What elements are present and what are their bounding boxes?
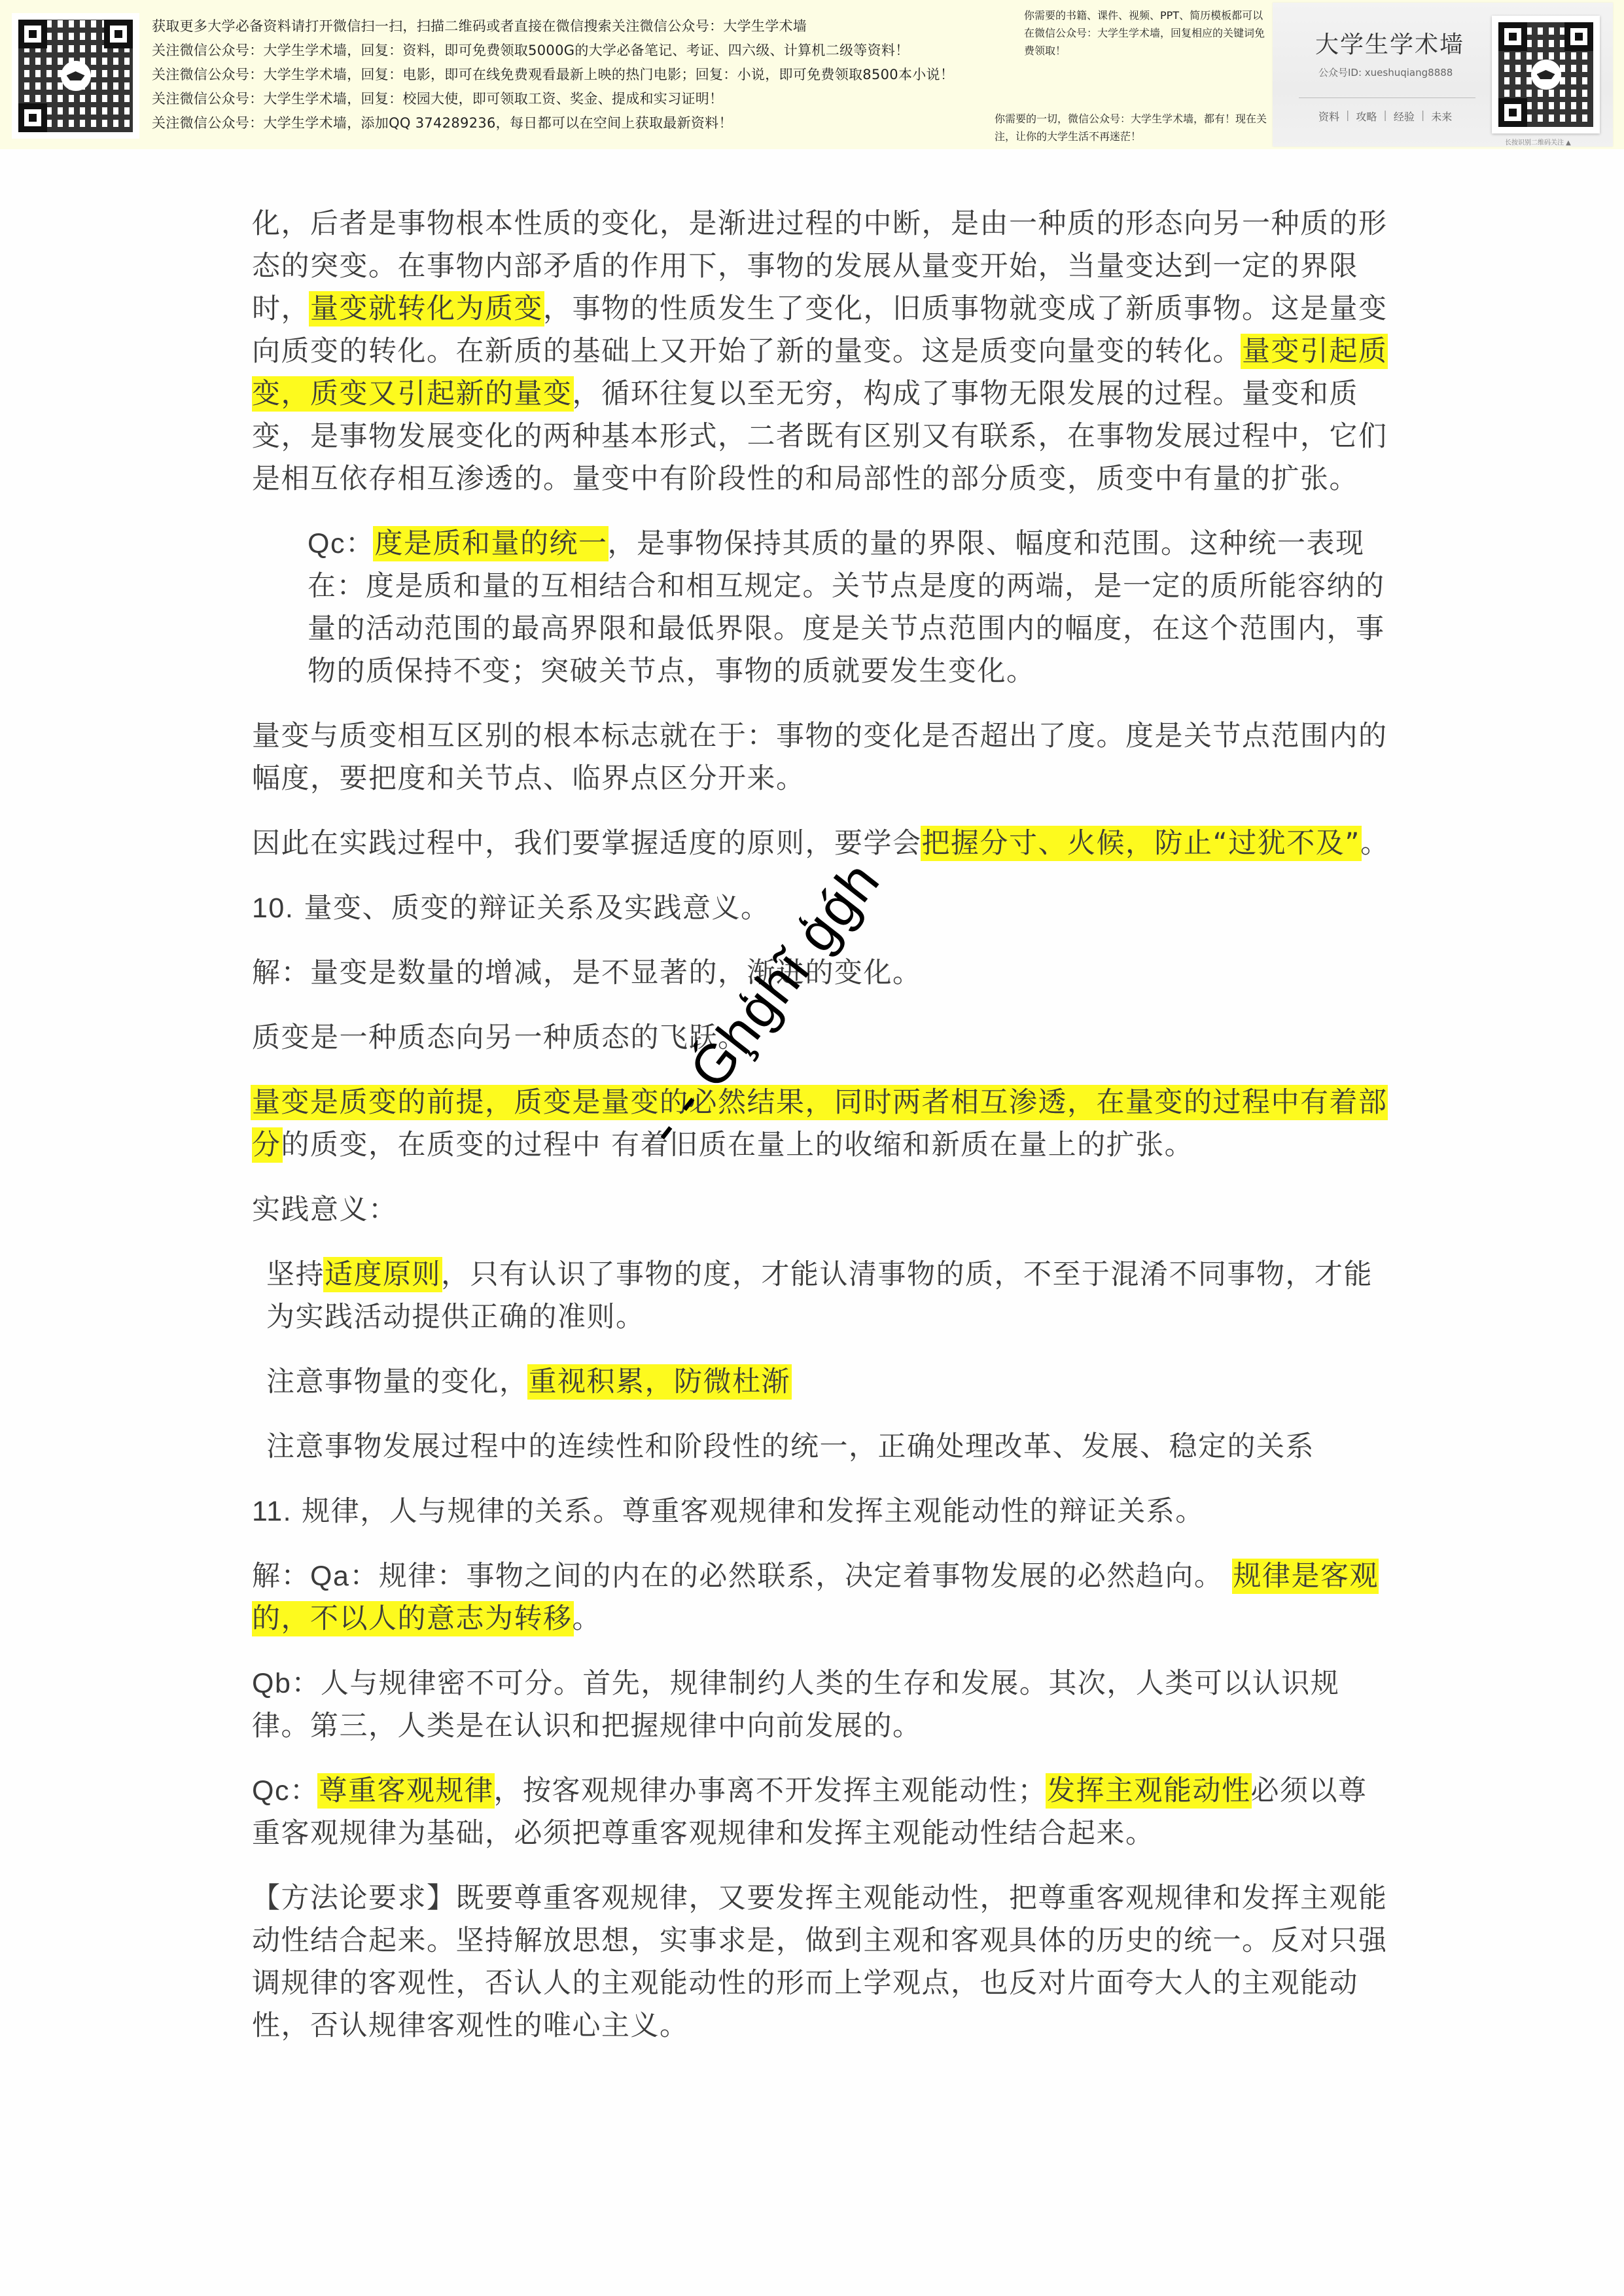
paragraph-practice-principle: 因此在实践过程中，我们要掌握适度的原则，要学会把握分寸、火候，防止“过犹不及”。 <box>252 822 1390 865</box>
highlight: 把握分寸、火候，防止“过犹不及” <box>922 827 1361 860</box>
promo-line: 获取更多大学必备资料请打开微信扫一扫，扫描二维码或者直接在微信搜索关注微信公众号… <box>152 14 1015 39</box>
separator: | <box>1421 109 1424 124</box>
qr-finder-icon <box>104 20 133 48</box>
qr-code-right[interactable] <box>1492 16 1600 133</box>
text: ，按客观规律办事离不开发挥主观能动性； <box>493 1775 1047 1807</box>
highlight: 度是质和量的统一 <box>374 527 607 560</box>
document-body: 化，后者是事物根本性质的变化，是渐进过程的中断，是由一种质的形态向另一种质的形态… <box>252 203 1390 2047</box>
methodology-requirement: 【方法论要求】既要尊重客观规律，又要发挥主观能动性，把尊重客观规律和发挥主观能动… <box>252 1877 1390 2047</box>
paragraph-distinction: 量变与质变相互区别的根本标志就在于：事物的变化是否超出了度。度是关节点范围内的幅… <box>252 715 1390 800</box>
practice-label: 实践意义： <box>252 1189 1390 1231</box>
answer-10-qualitative: 质变是一种质态向另一种质态的飞跃。 <box>252 1017 1390 1059</box>
text: 因此在实践过程中，我们要掌握适度的原则，要学会 <box>252 827 922 860</box>
qr-caption: 长按识别二维码关注 ▲ <box>1505 137 1571 147</box>
promo-banner: 获取更多大学必备资料请打开微信扫一扫，扫描二维码或者直接在微信搜索关注微信公众号… <box>0 0 1624 149</box>
highlight: 量变就转化为质变 <box>310 292 543 325</box>
paragraph-degree: Qc：度是质和量的统一，是事物保持其质的量的界限、幅度和范围。这种统一表现在：度… <box>252 523 1390 693</box>
methodology-label: 【方法论要求】 <box>252 1882 456 1915</box>
separator: | <box>1346 109 1349 124</box>
label-qc: Qc： <box>308 528 374 559</box>
brand-nav-item: 经验 <box>1394 109 1415 124</box>
answer-11-qa: 解：Qa：规律：事物之间的内在的必然联系，决定着事物发展的必然趋向。 规律是客观… <box>252 1555 1390 1640</box>
brand-account-id: 公众号ID: xueshuqiang8888 <box>1318 65 1453 79</box>
promo-line: 关注微信公众号：大学生学术墙，回复：校园大使，即可领取工资、奖金、提成和实习证明… <box>152 87 1015 111</box>
highlight: 适度原则 <box>325 1258 441 1291</box>
brand-nav-item: 资料 <box>1318 109 1339 124</box>
qr-finder-icon <box>1564 22 1593 51</box>
label-qb: Qb： <box>252 1668 321 1699</box>
practice-point-2: 注意事物量的变化，重视积累，防微杜渐 <box>252 1361 1390 1404</box>
label-qa: 解：Qa： <box>252 1561 379 1592</box>
answer-11-qb: Qb：人与规律密不可分。首先，规律制约人类的生存和发展。其次，人类可以认识规律。… <box>252 1663 1390 1748</box>
highlight: 发挥主观能动性 <box>1047 1775 1251 1807</box>
separator: | <box>1383 109 1386 124</box>
highlight: 重视积累，防微杜渐 <box>529 1366 791 1398</box>
qr-finder-icon <box>1498 98 1527 127</box>
question-title: 量变、质变的辩证关系及实践意义。 <box>304 892 769 925</box>
text: 的质变，在质变的过程中 有着旧质在量上的收缩和新质在量上的扩张。 <box>281 1129 1194 1161</box>
promo-line: 关注微信公众号：大学生学术墙，添加QQ 374289236，每日都可以在空间上获… <box>152 111 1015 135</box>
text: 。 <box>573 1602 602 1635</box>
paragraph-quantitative-qualitative: 化，后者是事物根本性质的变化，是渐进过程的中断，是由一种质的形态向另一种质的形态… <box>252 203 1390 501</box>
brand-nav-item: 未来 <box>1431 109 1452 124</box>
question-title: 规律，人与规律的关系。尊重客观规律和发挥主观能动性的辩证关系。 <box>302 1495 1205 1528</box>
promo-note-bottom: 你需要的一切，微信公众号：大学生学术墙，都有！现在关注，让你的大学生活不再迷茫！ <box>995 110 1276 145</box>
answer-10-relationship: 量变是质变的前提，质变是量变的必然结果，同时两者相互渗透，在量变的过程中有着部分… <box>252 1082 1390 1167</box>
text: 注意事物量的变化， <box>266 1366 529 1398</box>
question-number: 11. <box>252 1496 292 1527</box>
text: 坚持 <box>266 1258 325 1291</box>
graduation-cap-icon <box>1531 60 1561 90</box>
brand-card: 大学生学术墙 公众号ID: xueshuqiang8888 资料 | 攻略 | … <box>1273 3 1613 147</box>
promo-text-lines: 获取更多大学必备资料请打开微信扫一扫，扫描二维码或者直接在微信搜索关注微信公众号… <box>152 14 1015 135</box>
promo-line: 关注微信公众号：大学生学术墙，回复：资料，即可免费领取5000G的大学必备笔记、… <box>152 39 1015 63</box>
graduation-cap-icon <box>61 61 91 91</box>
brand-nav-item: 攻略 <box>1356 109 1377 124</box>
divider <box>1299 97 1475 98</box>
highlight: 尊重客观规律 <box>319 1775 493 1807</box>
text: 。 <box>1360 827 1390 860</box>
label-qc: Qc： <box>252 1775 319 1807</box>
practice-point-3: 注意事物发展过程中的连续性和阶段性的统一，正确处理改革、发展、稳定的关系 <box>252 1426 1390 1468</box>
text: 人与规律密不可分。首先，规律制约人类的生存和发展。其次，人类可以认识规律。第三，… <box>252 1667 1339 1742</box>
promo-line: 关注微信公众号：大学生学术墙，回复：电影，即可在线免费观看最新上映的热门电影；回… <box>152 63 1015 87</box>
answer-11-qc: Qc：尊重客观规律，按客观规律办事离不开发挥主观能动性；发挥主观能动性必须以尊重… <box>252 1770 1390 1855</box>
brand-title: 大学生学术墙 <box>1315 26 1464 60</box>
qr-finder-icon <box>18 20 47 48</box>
question-number: 10. <box>252 892 294 924</box>
question-11: 11. 规律，人与规律的关系。尊重客观规律和发挥主观能动性的辩证关系。 <box>252 1491 1390 1533</box>
qr-finder-icon <box>1498 22 1527 51</box>
qr-finder-icon <box>18 103 47 132</box>
text: 规律：事物之间的内在的必然联系，决定着事物发展的必然趋向。 <box>379 1560 1233 1593</box>
qr-code-left[interactable] <box>12 13 139 139</box>
brand-nav: 资料 | 攻略 | 经验 | 未来 <box>1318 109 1452 124</box>
practice-point-1: 坚持适度原则，只有认识了事物的度，才能认清事物的质，不至于混淆不同事物，才能为实… <box>252 1254 1390 1339</box>
promo-note-top: 你需要的书籍、课件、视频、PPT、简历模板都可以在微信公众号：大学生学术墙，回复… <box>1024 7 1273 60</box>
